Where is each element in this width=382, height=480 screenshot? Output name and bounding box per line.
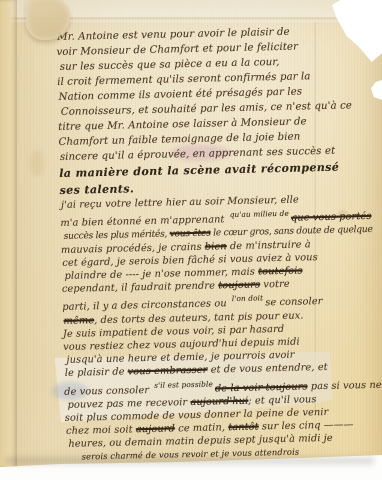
letter-paper: Mr. Antoine est venu pour avoir le plais… <box>0 0 382 480</box>
foxing-spot <box>30 150 44 176</box>
paper-drop-shadow <box>6 458 374 467</box>
manuscript-scan: Mr. Antoine est venu pour avoir le plais… <box>0 0 382 480</box>
letter-body: Mr. Antoine est venu pour avoir le plais… <box>56 24 332 480</box>
left-fold-edge <box>0 0 17 468</box>
paragraph: Mr. Antoine est venu pour avoir le plais… <box>56 24 326 199</box>
paragraph: j'ai reçu votre lettre hier au soir Mons… <box>60 193 332 480</box>
